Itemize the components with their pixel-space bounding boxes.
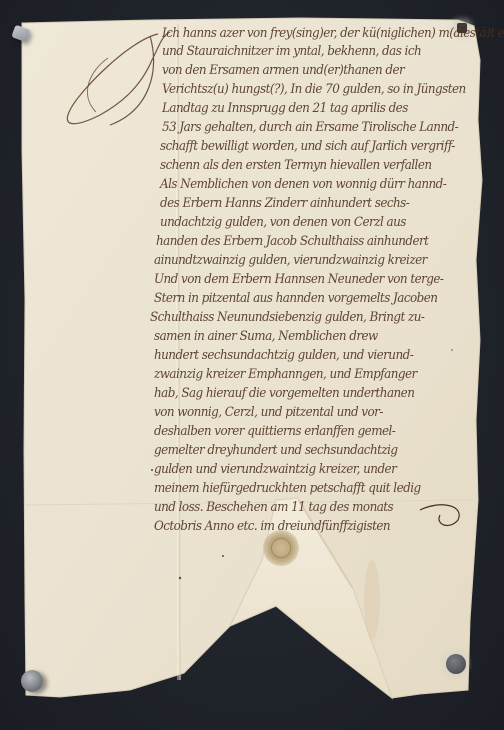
text-line: Stern in pitzental aus hannden vorgemelt… [154,291,437,309]
text-line: Verichtsz(u) hungst(?), In die 70 gulden… [162,82,466,100]
text-line: hab, Sag hierauf die vorgemelten underth… [154,386,414,404]
text-line: gulden und vierundzwaintzig kreizer, und… [154,462,396,480]
text-line: und Stauraichnitzer im yntal, bekhenn, d… [162,44,421,62]
text-line: meinem hiefürgedruckhten petschafft quit… [154,481,421,499]
text-line: schenn als den ersten Termyn hievallen v… [160,158,432,176]
text-line: 53 Jars gehalten, durch ain Ersame Tirol… [162,120,458,138]
text-line: und loss. Beschehen am 11 tag des monats [154,500,393,518]
text-line: schafft bewilligt worden, und sich auf J… [160,139,455,157]
text-line: von den Ersamen armen und(er)thanen der [162,63,404,81]
text-line: Ich hanns azer von frey(sing)er, der kü(… [162,26,504,44]
text-line: Und von dem Erbern Hannsen Neuneder von … [154,272,443,290]
manuscript-photo: Ich hanns azer von frey(sing)er, der kü(… [0,0,504,730]
text-line: hundert sechsundachtzig gulden, und vier… [154,348,413,366]
mounting-pin-bottom-left [21,670,43,692]
text-line: des Erbern Hanns Zinderr ainhundert sech… [160,196,409,214]
text-line: von wonnig, Cerzl, und pitzental und vor… [154,405,383,423]
text-line: Landtag zu Innsprugg den 21 tag aprilis … [162,101,408,119]
text-line: handen des Erbern Jacob Schulthaiss ainh… [156,234,428,252]
text-line: gemelter dreyhundert und sechsundachtzig [154,443,397,461]
text-line: Schulthaiss Neunundsiebenzig gulden, Bri… [150,310,424,328]
text-line: undachtzig gulden, von denen von Cerzl a… [160,215,406,233]
text-line: deshalben vorer quittierns erlanffen gem… [154,424,395,442]
text-line: zwainzig kreizer Emphanngen, und Empfang… [154,367,417,385]
text-line: ainundtzwainzig gulden, vierundzwainzig … [154,253,427,271]
text-line: Als Nemblichen von denen von wonnig dürr… [160,177,446,195]
mounting-pin-bottom-right [446,654,466,674]
text-line: samen in ainer Suma, Nemblichen drew [154,329,378,347]
text-line: Octobris Anno etc. im dreiundfünffzigist… [154,519,390,537]
